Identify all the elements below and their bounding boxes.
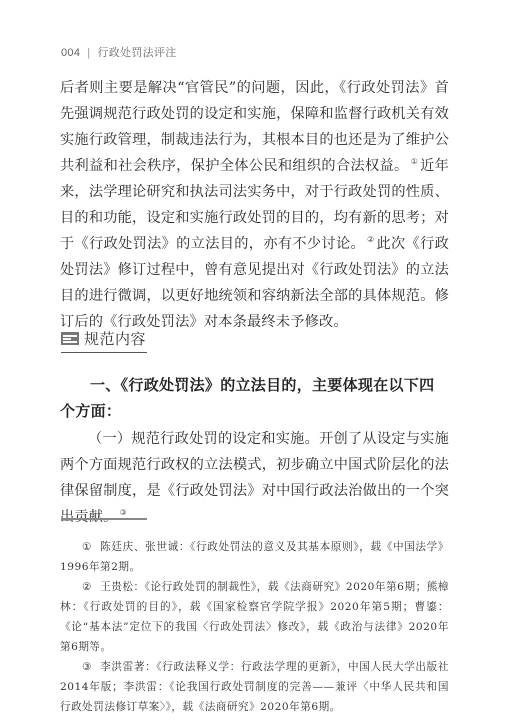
body-paragraph-1: 后者则主要是解决“官管民”的问题，因此，《行政处罚法》首先强调规范行政处罚的设定… bbox=[60, 75, 449, 335]
footnote-divider bbox=[61, 518, 147, 520]
body-paragraph-2: （一）规范行政处罚的设定和实施。开创了从设定与实施两个方面规范行政权的立法模式，… bbox=[60, 426, 449, 530]
running-head: 004|行政处罚法评注 bbox=[61, 44, 177, 60]
footnote-text: 陈廷庆、张世诚：《行政处罚法的意义及其基本原则》，载《中国法学》1996年第2期… bbox=[60, 541, 449, 573]
header-separator: | bbox=[87, 47, 90, 59]
book-title: 行政处罚法评注 bbox=[97, 47, 176, 59]
footnote-2: ②王贵松：《论行政处罚的制裁性》，载《法商研究》2020年第6期；熊樟林：《行政… bbox=[60, 577, 449, 657]
section-heading: 规范内容 bbox=[61, 328, 147, 353]
footnote-ref-1[interactable]: ① bbox=[411, 157, 419, 166]
footnotes: ①陈廷庆、张世诚：《行政处罚法的意义及其基本原则》，载《中国法学》1996年第2… bbox=[60, 537, 449, 717]
footnote-number: ③ bbox=[82, 661, 92, 673]
list-lines-icon bbox=[61, 332, 79, 345]
paragraph-text: （一）规范行政处罚的设定和实施。开创了从设定与实施两个方面规范行政权的立法模式，… bbox=[60, 431, 449, 525]
section-title: 规范内容 bbox=[84, 328, 146, 349]
subheading: 一、《行政处罚法》的立法目的，主要体现在以下四个方面： bbox=[60, 372, 449, 424]
footnote-text: 李洪雷著：《行政法释义学：行政法学理的更新》，中国人民大学出版社2014年版；李… bbox=[60, 661, 449, 713]
footnote-ref-3[interactable]: ③ bbox=[120, 508, 127, 517]
page-number: 004 bbox=[61, 47, 80, 59]
footnote-number: ② bbox=[82, 581, 92, 593]
paragraph-text: 后者则主要是解决“官管民”的问题，因此，《行政处罚法》首先强调规范行政处罚的设定… bbox=[60, 80, 449, 174]
footnote-text: 王贵松：《论行政处罚的制裁性》，载《法商研究》2020年第6期；熊樟林：《行政处… bbox=[60, 581, 449, 653]
footnote-3: ③李洪雷著：《行政法释义学：行政法学理的更新》，中国人民大学出版社2014年版；… bbox=[60, 657, 449, 717]
footnote-1: ①陈廷庆、张世诚：《行政处罚法的意义及其基本原则》，载《中国法学》1996年第2… bbox=[60, 537, 449, 577]
footnote-ref-2[interactable]: ② bbox=[367, 235, 375, 244]
footnote-number: ① bbox=[82, 541, 92, 553]
book-page: 004|行政处罚法评注 后者则主要是解决“官管民”的问题，因此，《行政处罚法》首… bbox=[0, 0, 510, 722]
